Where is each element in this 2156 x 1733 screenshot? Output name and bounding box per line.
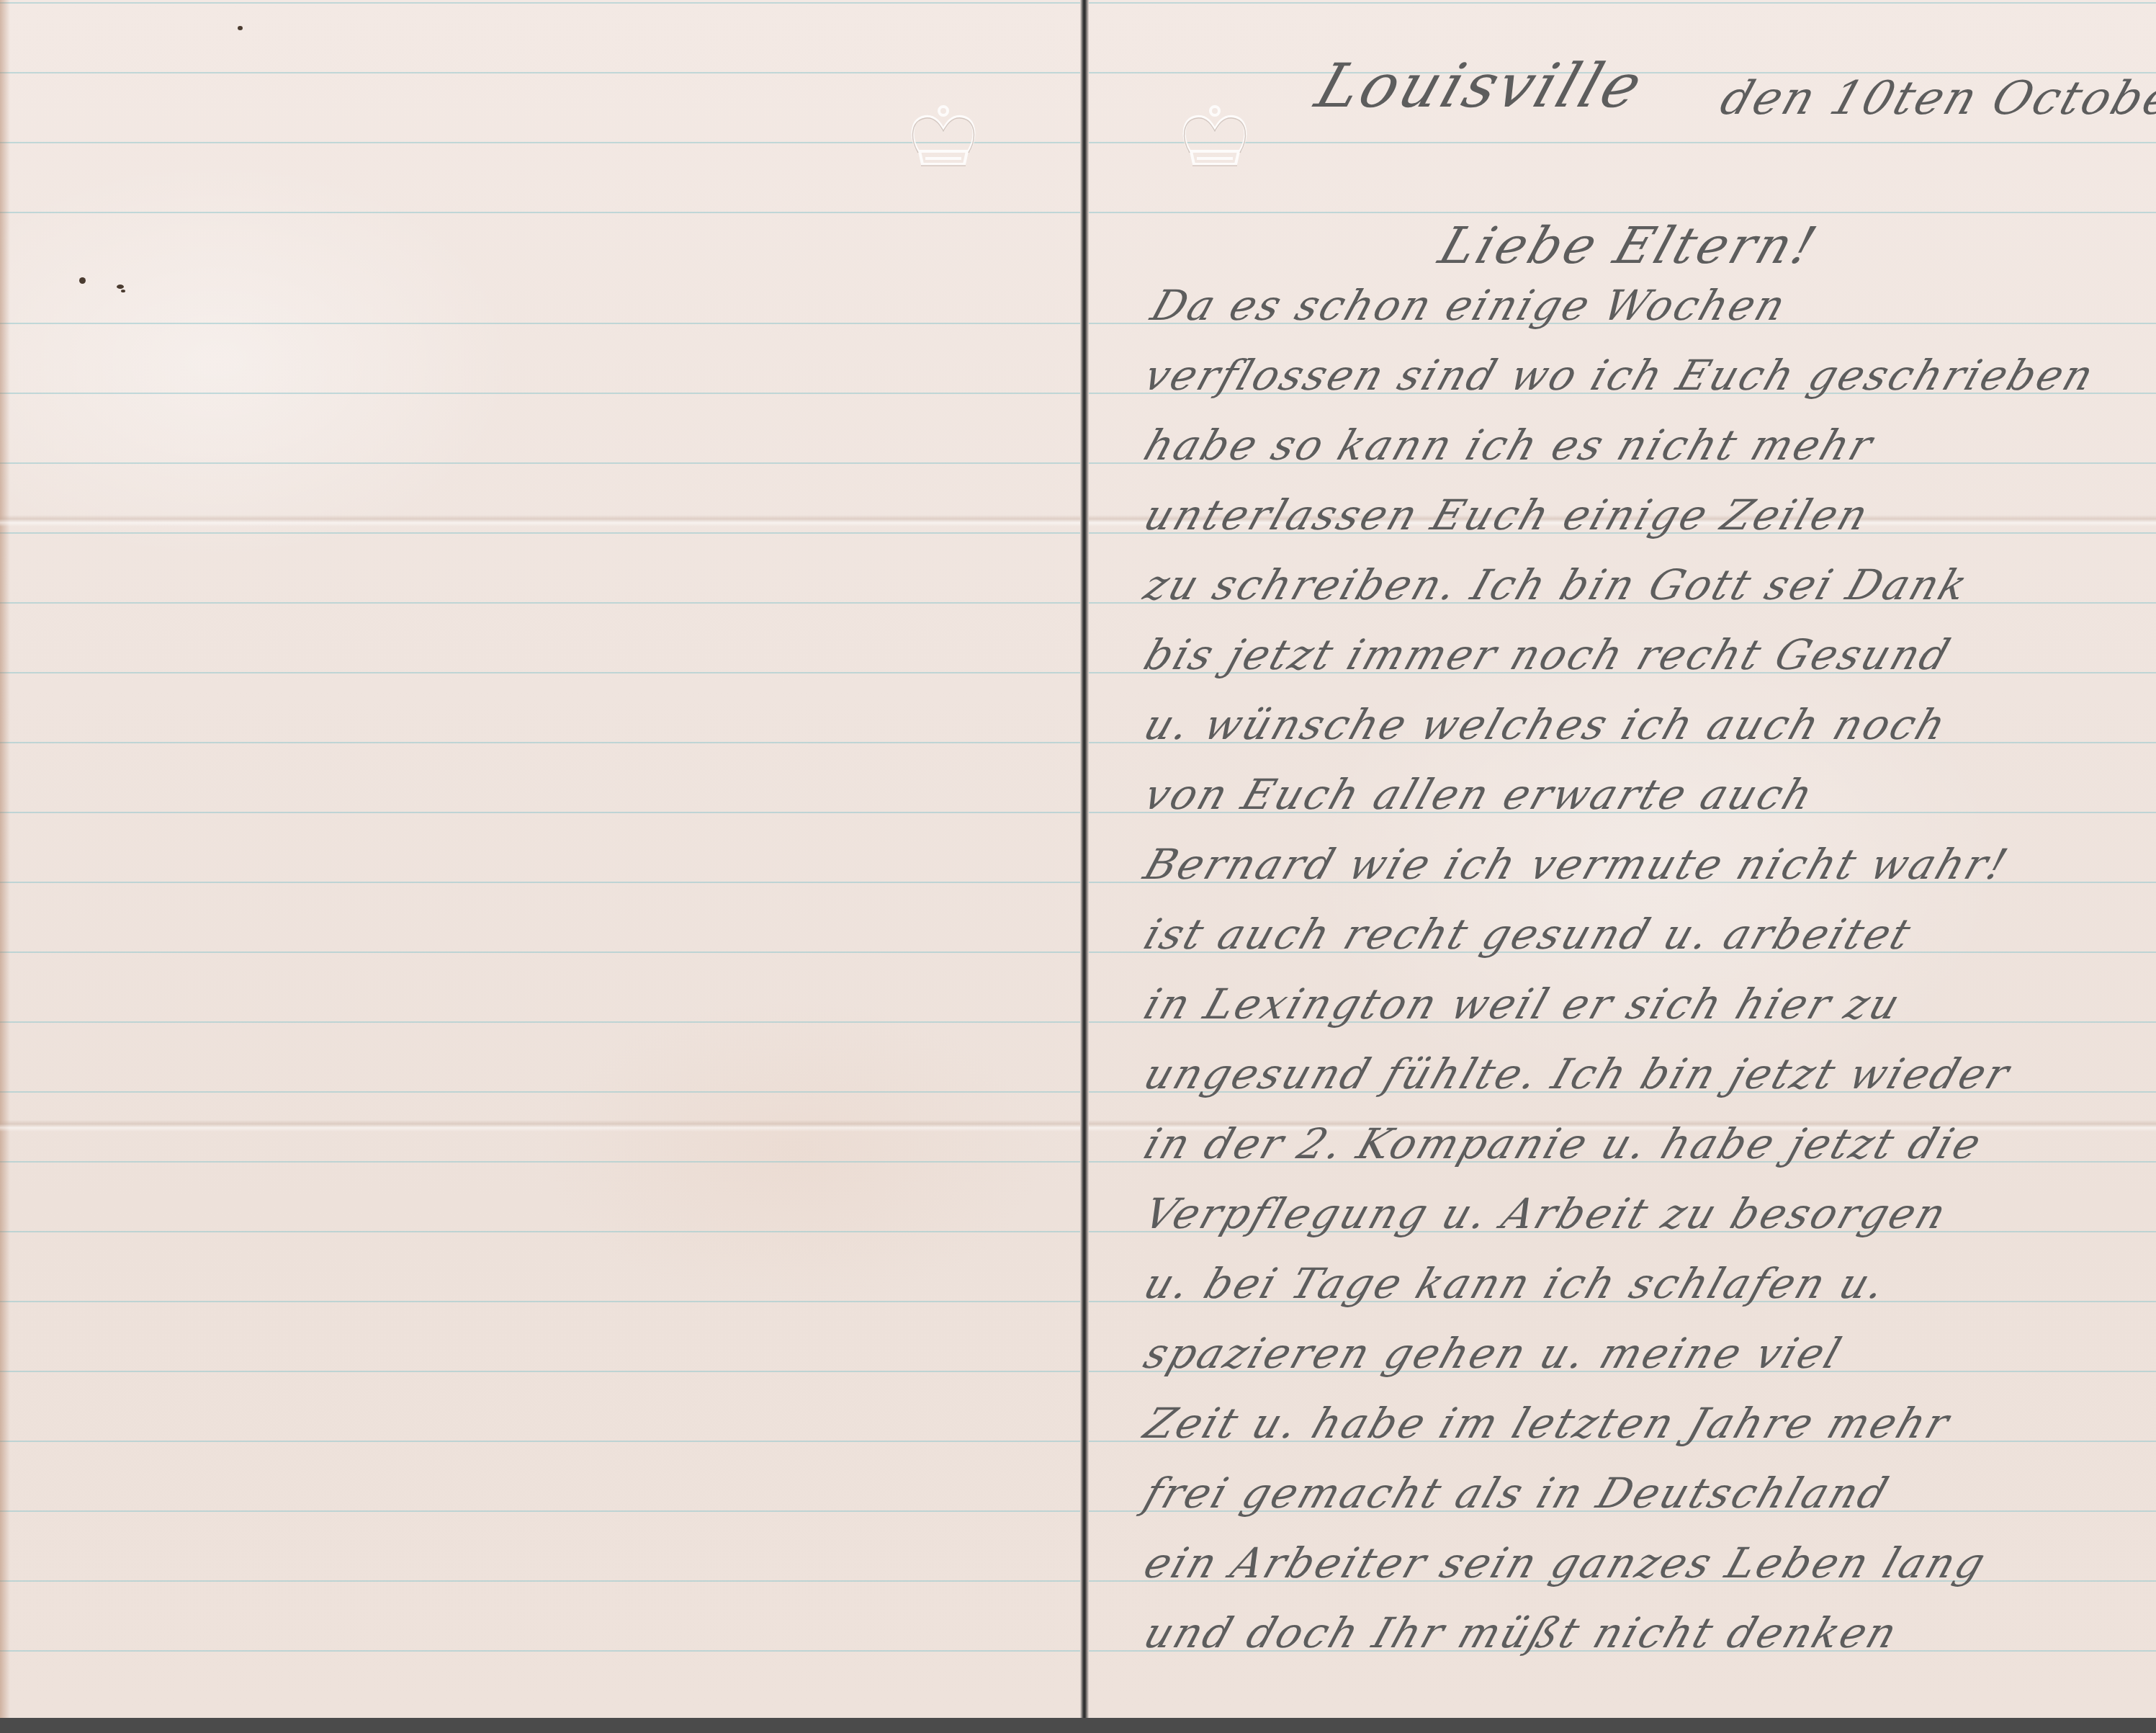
ink-spot [117,285,124,289]
center-fold [1080,0,1089,1718]
letter-line: in Lexington weil er sich hier zu [1139,983,2156,1025]
ink-spot [79,277,86,284]
letter-line: u. bei Tage kann ich schlafen u. [1139,1263,2156,1304]
ruled-lines [0,0,1080,1718]
ink-spot [238,26,243,30]
letter-date: den 10ten October [1714,72,2156,125]
letter-line: und doch Ihr müßt nicht denken [1139,1612,2156,1654]
letter-line: in der 2. Kompanie u. habe jetzt die [1139,1123,2156,1165]
left-page [0,0,1080,1718]
letter-place: Louisville [1308,50,1653,121]
letter-line: verflossen sind wo ich Euch geschrieben [1139,354,2156,396]
letter-line: von Euch allen erwarte auch [1139,774,2156,815]
right-page: Louisville den 10ten October Liebe Elter… [1089,0,2156,1718]
scanned-letter: Louisville den 10ten October Liebe Elter… [0,0,2156,1718]
letter-line: frei gemacht als in Deutschland [1139,1472,2156,1514]
horizontal-crease [0,515,1080,527]
letter-line: spazieren gehen u. meine viel [1139,1333,2156,1374]
letter-line: Bernard wie ich vermute nicht wahr! [1139,843,2156,885]
letter-line: ein Arbeiter sein ganzes Leben lang [1139,1542,2156,1584]
letter-line: u. wünsche welches ich auch noch [1139,704,2156,745]
letter-salutation: Liebe Eltern! [1432,216,1826,275]
letter-line: ungesund fühlte. Ich bin jetzt wieder [1139,1053,2156,1095]
letter-line: habe so kann ich es nicht mehr [1139,424,2156,466]
letter-line: Da es schon einige Wochen [1146,285,2156,326]
embossed-crown-icon [1175,101,1254,173]
embossed-crown-icon [904,101,983,173]
letter-line: Zeit u. habe im letzten Jahre mehr [1139,1402,2156,1444]
edge-stain [0,0,10,1718]
scanner-bed-edge [0,1718,2156,1733]
ink-spot [121,290,125,292]
letter-line: Verpflegung u. Arbeit zu besorgen [1139,1193,2156,1235]
letter-line: bis jetzt immer noch recht Gesund [1139,634,2156,676]
letter-line: zu schreiben. Ich bin Gott sei Dank [1139,564,2156,606]
letter-line: unterlassen Euch einige Zeilen [1139,494,2156,536]
horizontal-crease [0,1120,1080,1132]
letter-line: ist auch recht gesund u. arbeitet [1139,913,2156,955]
